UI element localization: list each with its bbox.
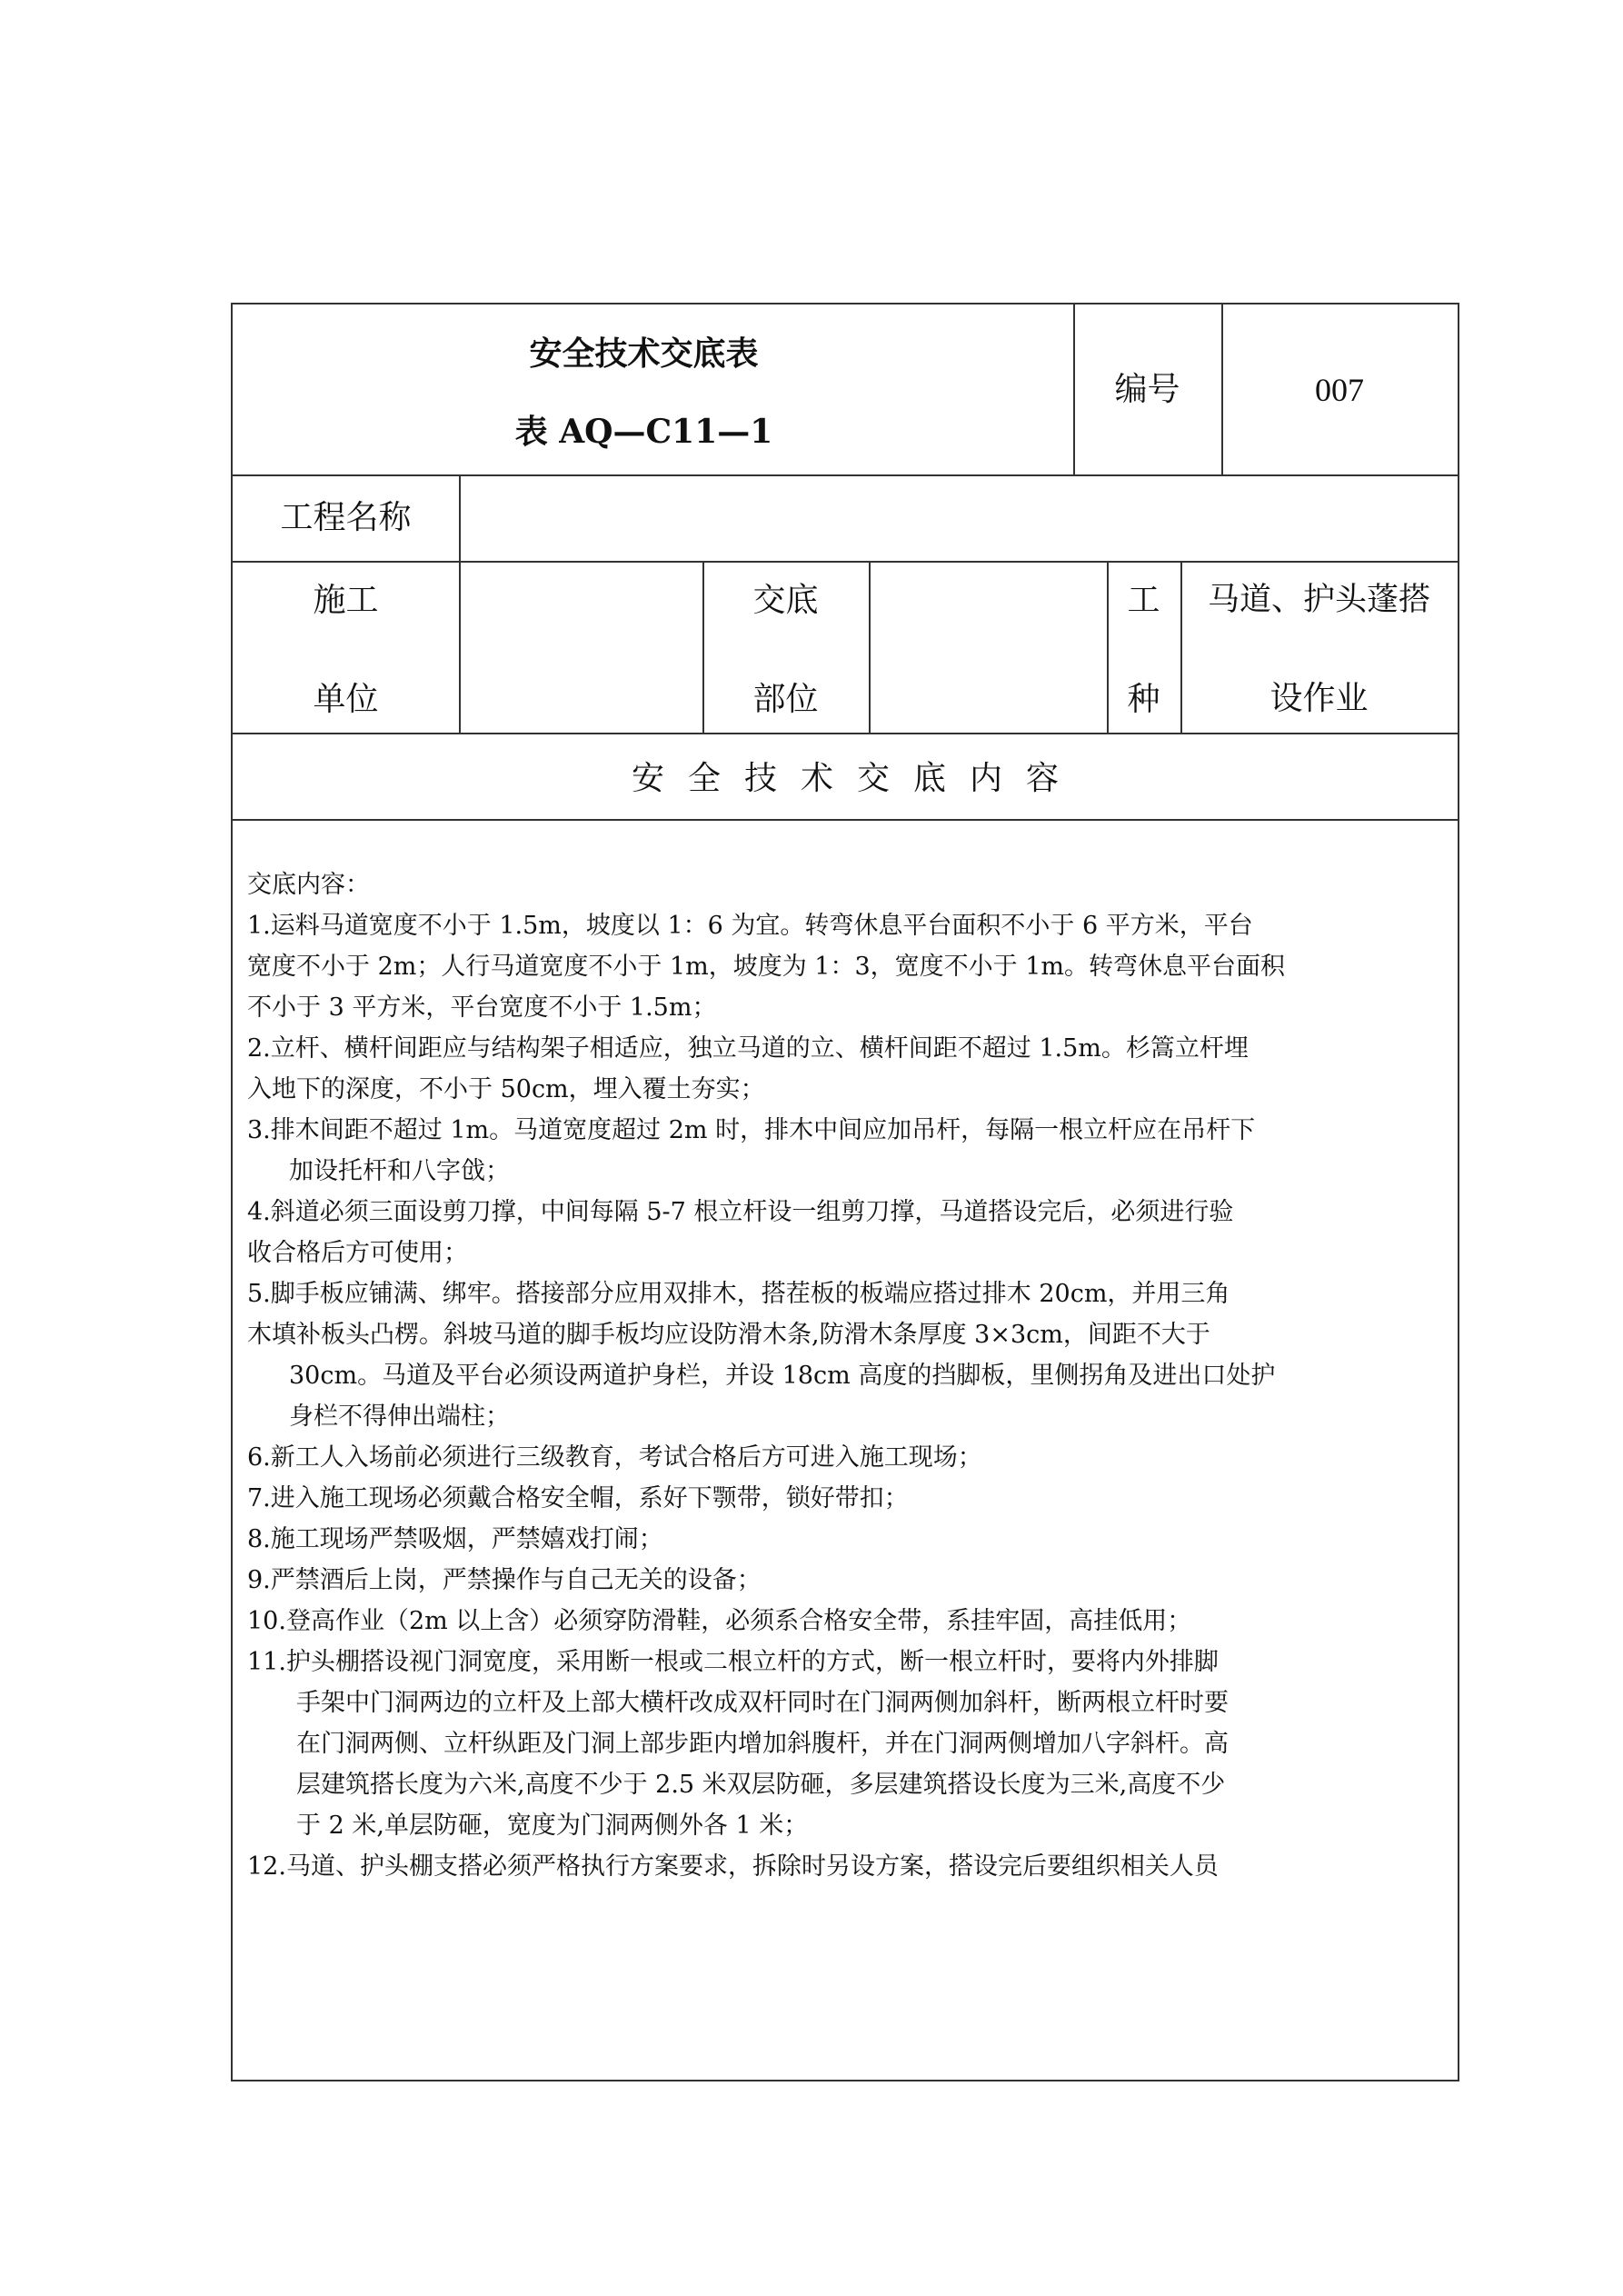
unit-label-cell: 施工 单位 (231, 561, 461, 734)
project-name-label-cell: 工程名称 (231, 474, 461, 563)
trade-value-cell[interactable]: 马道、护头蓬搭 设作业 (1180, 561, 1459, 734)
content-line: 4.斜道必须三面设剪刀撑，中间每隔 5-7 根立杆设一组剪刀撑，马道搭设完后，必… (247, 1192, 1449, 1233)
content-line: 身栏不得伸出端柱； (247, 1396, 1449, 1437)
content-line: 9.严禁酒后上岗，严禁操作与自己无关的设备； (247, 1560, 1449, 1601)
content-line: 3.排木间距不超过 1m。马道宽度超过 2m 时，排木中间应加吊杆，每隔一根立杆… (247, 1110, 1449, 1151)
content-line: 12.马道、护头棚支搭必须严格执行方案要求，拆除时另设方案，搭设完后要组织相关人… (247, 1846, 1449, 1887)
trade-value-line1: 马道、护头蓬搭 (1208, 574, 1430, 620)
content-line: 木填补板头凸楞。斜坡马道的脚手板均应设防滑木条,防滑木条厚度 3×3cm，间距不… (247, 1314, 1449, 1355)
section-title: 安全技术交底内容 (632, 753, 1082, 799)
unit-value-field[interactable] (459, 561, 704, 734)
content-line: 7.进入施工现场必须戴合格安全帽，系好下颚带，锁好带扣； (247, 1478, 1449, 1519)
project-name-label: 工程名称 (280, 502, 411, 534)
content-line: 不小于 3 平方米，平台宽度不小于 1.5m； (247, 987, 1449, 1028)
content-line: 加设托杆和八字戗； (247, 1151, 1449, 1192)
part-label-cell: 交底 部位 (702, 561, 871, 734)
content-line: 手架中门洞两边的立杆及上部大横杆改成双杆同时在门洞两侧加斜杆，断两根立杆时要 (247, 1682, 1449, 1723)
trade-value-line2: 设作业 (1270, 673, 1368, 719)
project-name-field[interactable] (459, 474, 1459, 563)
form-code: 表 AQ—C11—1 (214, 406, 1073, 453)
content-line: 收合格后方可使用； (247, 1233, 1449, 1273)
content-line: 于 2 米,单层防砸，宽度为门洞两侧外各 1 米； (247, 1805, 1449, 1846)
content-line: 1.运料马道宽度不小于 1.5m，坡度以 1：6 为宜。转弯休息平台面积不小于 … (247, 905, 1449, 946)
part-label-line2: 部位 (752, 674, 818, 720)
form-title: 安全技术交底表 (214, 328, 1073, 374)
content-line: 入地下的深度，不小于 50cm，埋入覆土夯实； (247, 1069, 1449, 1110)
content-body: 交底内容： 1.运料马道宽度不小于 1.5m，坡度以 1：6 为宜。转弯休息平台… (247, 864, 1449, 1887)
number-label-cell: 编号 (1073, 303, 1223, 476)
content-line: 30cm。马道及平台必须设两道护身栏，并设 18cm 高度的挡脚板，里侧拐角及进… (247, 1355, 1449, 1396)
section-title-cell: 安全技术交底内容 (231, 733, 1459, 821)
trade-label-line2: 种 (1127, 674, 1160, 720)
part-value-field[interactable] (869, 561, 1109, 734)
content-line: 6.新工人入场前必须进行三级教育，考试合格后方可进入施工现场； (247, 1437, 1449, 1478)
content-line: 11.护头棚搭设视门洞宽度，采用断一根或二根立杆的方式，断一根立杆时，要将内外排… (247, 1642, 1449, 1682)
content-line: 10.登高作业（2m 以上含）必须穿防滑鞋，必须系合格安全带，系挂牢固，高挂低用… (247, 1601, 1449, 1642)
content-heading: 交底内容： (247, 864, 1449, 905)
number-value: 007 (1315, 374, 1364, 406)
trade-label-line1: 工 (1127, 574, 1160, 621)
number-value-cell[interactable]: 007 (1221, 303, 1459, 476)
content-line: 8.施工现场严禁吸烟，严禁嬉戏打闹； (247, 1519, 1449, 1560)
unit-label-line1: 施工 (313, 574, 378, 621)
trade-label-cell: 工 种 (1107, 561, 1182, 734)
title-cell: 安全技术交底表 表 AQ—C11—1 (231, 303, 1075, 476)
content-line: 2.立杆、横杆间距应与结构架子相适应，独立马道的立、横杆间距不超过 1.5m。杉… (247, 1028, 1449, 1069)
content-cell: 交底内容： 1.运料马道宽度不小于 1.5m，坡度以 1：6 为宜。转弯休息平台… (231, 819, 1459, 2081)
number-label: 编号 (1114, 374, 1180, 406)
unit-label-line2: 单位 (313, 674, 378, 720)
content-line: 层建筑搭长度为六米,高度不少于 2.5 米双层防砸，多层建筑搭设长度为三米,高度… (247, 1764, 1449, 1805)
content-line: 在门洞两侧、立杆纵距及门洞上部步距内增加斜腹杆，并在门洞两侧增加八字斜杆。高 (247, 1723, 1449, 1764)
content-line: 宽度不小于 2m；人行马道宽度不小于 1m，坡度为 1：3，宽度不小于 1m。转… (247, 946, 1449, 987)
part-label-line1: 交底 (752, 574, 818, 621)
content-line: 5.脚手板应铺满、绑牢。搭接部分应用双排木，搭茬板的板端应搭过排木 20cm，并… (247, 1273, 1449, 1314)
